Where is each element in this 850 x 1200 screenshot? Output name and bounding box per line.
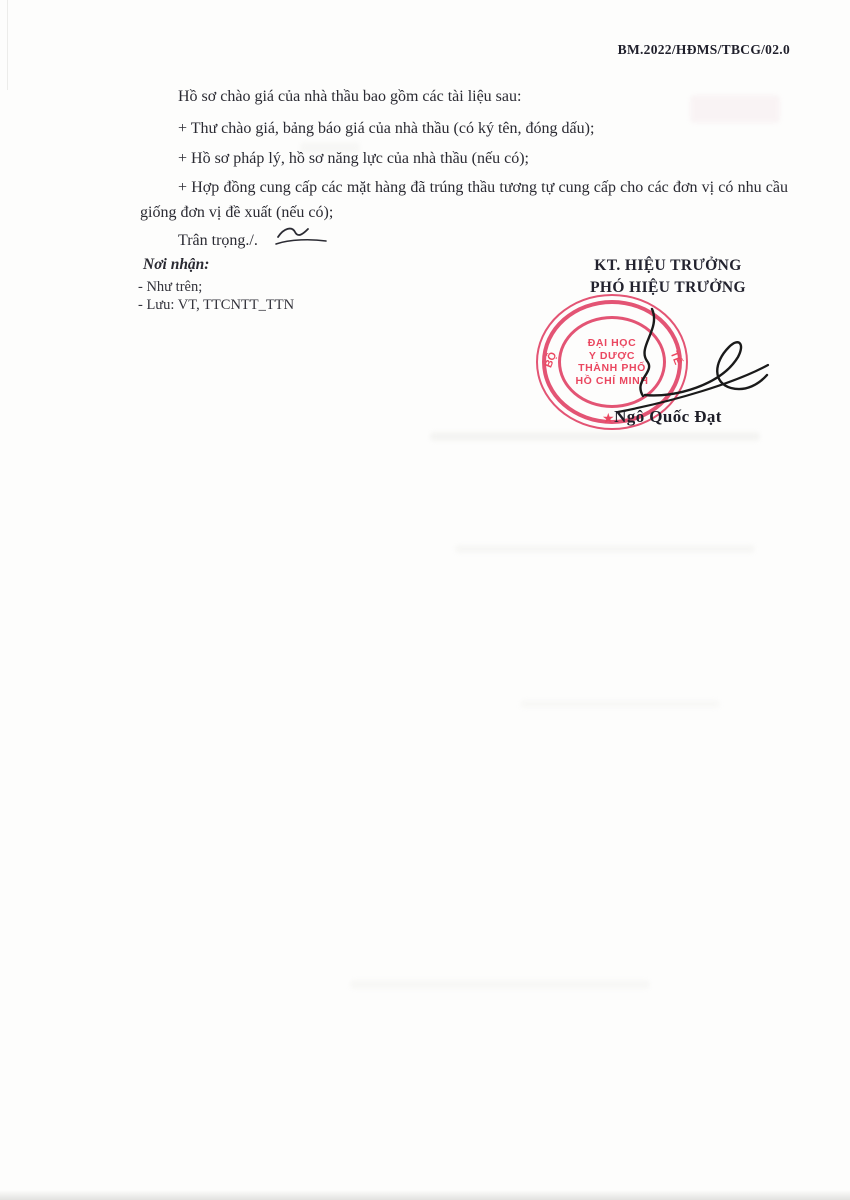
recipient-line: - Như trên; — [138, 278, 294, 297]
handwritten-initial-mark — [272, 225, 330, 251]
document-reference-code: BM.2022/HĐMS/TBCG/02.0 — [618, 42, 790, 58]
handwritten-signature — [555, 295, 800, 425]
body-item-3: + Hợp đồng cung cấp các mặt hàng đã trún… — [140, 175, 788, 225]
scan-smudge — [520, 700, 720, 708]
scanned-document-page: BM.2022/HĐMS/TBCG/02.0 Hồ sơ chào giá củ… — [0, 0, 850, 1200]
scan-smudge — [350, 980, 650, 989]
recipients-label: Nơi nhận: — [143, 256, 294, 275]
scan-smudge — [430, 432, 760, 441]
body-intro-line: Hồ sơ chào giá của nhà thầu bao gồm các … — [140, 84, 788, 109]
scan-edge-line — [7, 0, 8, 90]
scan-bottom-shadow — [0, 1190, 850, 1200]
letter-body: Hồ sơ chào giá của nhà thầu bao gồm các … — [140, 84, 788, 253]
closing-text: Trân trọng./. — [178, 232, 258, 249]
signer-name: Ngô Quốc Đạt — [538, 407, 798, 427]
recipients-block: Nơi nhận: - Như trên; - Lưu: VT, TTCNTT_… — [138, 256, 294, 315]
signer-title-block: KT. HIỆU TRƯỞNG PHÓ HIỆU TRƯỞNG — [538, 255, 798, 298]
body-item-2: + Hồ sơ pháp lý, hồ sơ năng lực của nhà … — [140, 146, 788, 171]
scan-smudge — [455, 545, 755, 553]
body-item-1: + Thư chào giá, bảng báo giá của nhà thầ… — [140, 116, 788, 141]
recipient-line: - Lưu: VT, TTCNTT_TTN — [138, 296, 294, 315]
signer-title-line1: KT. HIỆU TRƯỞNG — [538, 255, 798, 277]
closing-line: Trân trọng./. — [140, 225, 788, 253]
